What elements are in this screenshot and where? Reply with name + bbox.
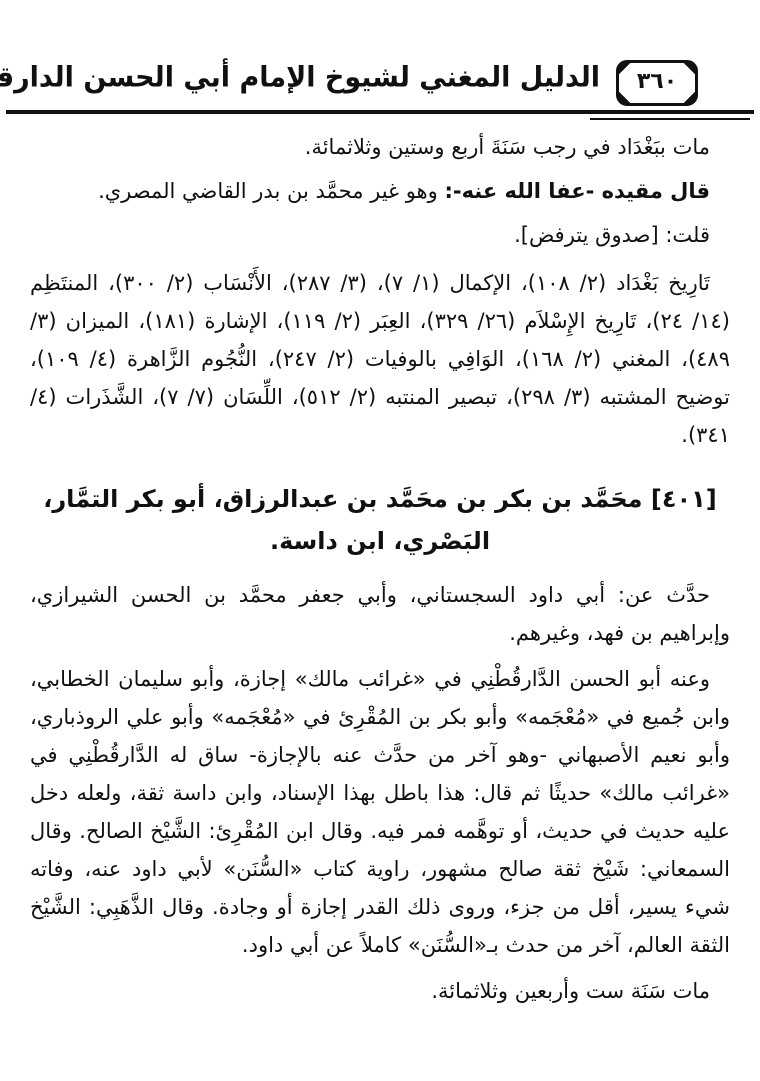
entry-death-year: مات سَنَة ست وأربعين وثلاثمائة. [30,972,730,1010]
header-rule-under-badge [590,118,750,120]
muqayyid-rest-text: وهو غير محمَّد بن بدر القاضي المصري. [98,179,444,203]
prev-entry-sources-citation: تَارِيخ بَغْدَاد (⁦٢/ ١٠٨⁩)، الإكمال (⁦١… [30,264,730,454]
prev-entry-verdict: قلت: [صدوق يترفض]. [30,216,730,254]
entry-narrators-from-him: وعنه أبو الحسن الدَّارقُطْنِي في «غرائب … [30,660,730,964]
entry-heading-line2: البَصْري، ابن داسة. [30,520,730,562]
book-title: الدليل المغني لشيوخ الإمام أبي الحسن الد… [60,61,600,94]
muqayyid-lead-phrase: قال مقيده -عفا الله عنه-: [444,179,710,203]
entry-heading-line1: [٤٠١] محَمَّد بن بكر بن محَمَّد بن عبدال… [30,478,730,520]
entry-heading: [٤٠١] محَمَّد بن بكر بن محَمَّد بن عبدال… [30,478,730,562]
entry-narrated-from: حدَّث عن: أبي داود السجستاني، وأبي جعفر … [30,576,730,652]
book-page: الدليل المغني لشيوخ الإمام أبي الحسن الد… [0,0,760,1081]
prev-entry-death-note: مات ببَغْدَاد في رجب سَنَةَ أربع وستين و… [30,128,730,166]
page-number-badge: ٣٦٠ [616,60,698,106]
page-body: مات ببَغْدَاد في رجب سَنَةَ أربع وستين و… [30,128,730,1018]
page-header: الدليل المغني لشيوخ الإمام أبي الحسن الد… [0,56,760,114]
prev-entry-muqayyid-note: قال مقيده -عفا الله عنه-: وهو غير محمَّد… [30,172,730,210]
header-rule [6,110,754,114]
page-number: ٣٦٠ [637,71,677,96]
